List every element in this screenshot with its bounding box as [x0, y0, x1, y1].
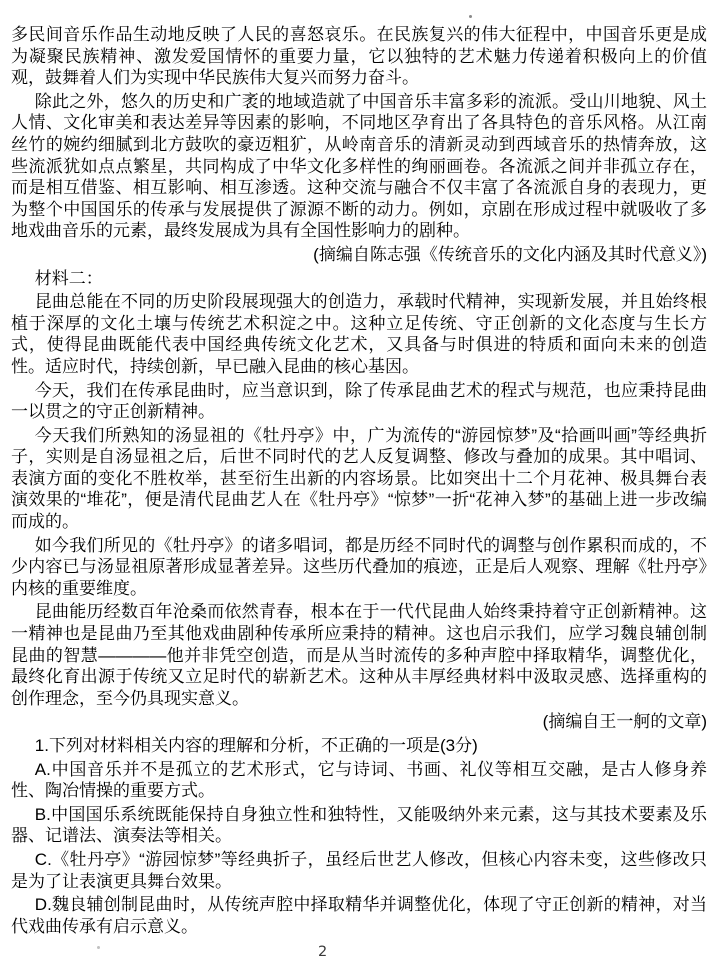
- body-paragraph: 今天，我们在传承昆曲时，应当意识到，除了传承昆曲艺术的程式与规范，也应秉持昆曲一…: [11, 380, 707, 423]
- answer-option: D.魏良辅创制昆曲时，从传统声腔中择取精华并调整优化，体现了守正创新的精神，对当…: [11, 894, 707, 937]
- answer-option: A.中国音乐并不是孤立的艺术形式，它与诗词、书画、礼仪等相互交融，是古人修身养性…: [11, 759, 707, 802]
- scan-artifact-dot: [469, 15, 472, 18]
- text-column: 多民间音乐作品生动地反映了人民的喜怒哀乐。在民族复兴的伟大征程中，中国音乐更是成…: [0, 0, 716, 937]
- body-paragraph: 多民间音乐作品生动地反映了人民的喜怒哀乐。在民族复兴的伟大征程中，中国音乐更是成…: [11, 24, 707, 89]
- question-stem: 1.下列对材料相关内容的理解和分析，不正确的一项是(3分): [11, 735, 707, 757]
- answer-option: B.中国国乐系统既能保持自身独立性和独特性，又能吸纳外来元素，这与其技术要素及乐…: [11, 804, 707, 847]
- page-number: 2: [318, 944, 327, 960]
- scanned-exam-page: { "colors": { "text": "#000000", "backgr…: [0, 0, 716, 976]
- body-paragraph: 昆曲能历经数百年沧桑而依然青春，根本在于一代代昆曲人始终秉持着守正创新精神。这一…: [11, 601, 707, 709]
- body-paragraph: 如今我们所见的《牡丹亭》的诸多唱词，都是历经不同时代的调整与创作累积而成的，不少…: [11, 535, 707, 600]
- scan-artifact-dot: [97, 946, 100, 949]
- body-paragraph: 材料二：: [11, 268, 707, 290]
- source-attribution: (摘编自王一舸的文章): [11, 711, 707, 733]
- body-paragraph: 昆曲总能在不同的历史阶段展现强大的创造力，承载时代精神，实现新发展，并且始终根植…: [11, 291, 707, 377]
- source-attribution: (摘编自陈志强《传统音乐的文化内涵及其时代意义》): [11, 244, 707, 266]
- body-paragraph: 除此之外，悠久的历史和广袤的地域造就了中国音乐丰富多彩的流派。受山川地貌、风土人…: [11, 91, 707, 242]
- answer-option: C.《牡丹亭》“游园惊梦”等经典折子，虽经后世艺人修改，但核心内容未变，这些修改…: [11, 849, 707, 892]
- body-paragraph: 今天我们所熟知的汤显祖的《牡丹亭》中，广为流传的“游园惊梦”及“拾画叫画”等经典…: [11, 425, 707, 533]
